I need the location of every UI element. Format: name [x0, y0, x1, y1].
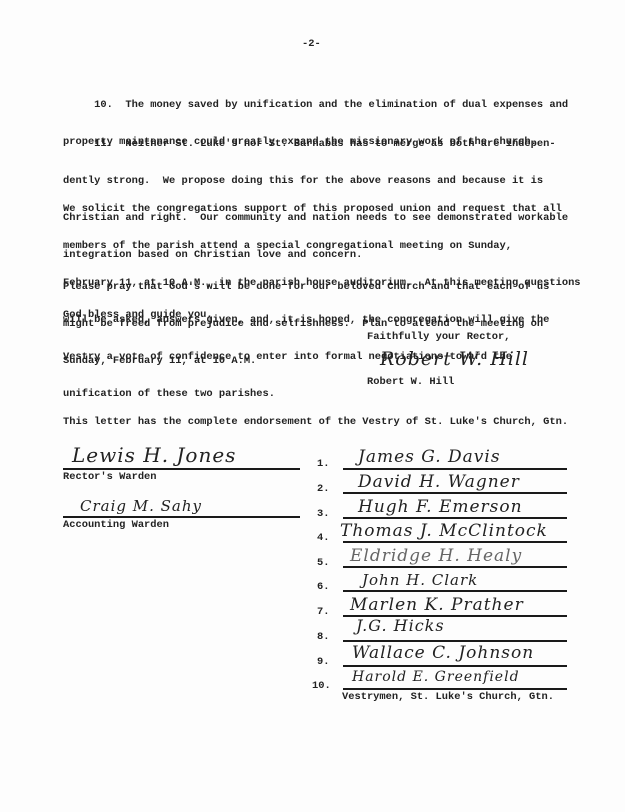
vestryman-number: 10.: [312, 680, 332, 692]
vestryman-number: 3.: [317, 508, 337, 520]
vestryman-number: 4.: [317, 532, 337, 544]
blessing: God bless and guide you.: [63, 309, 213, 321]
rectors-warden-label: Rector's Warden: [63, 471, 157, 483]
vestryman-line: [343, 590, 567, 592]
rector-signature: Robert W. Hill: [380, 348, 529, 370]
vestryman-number: 9.: [317, 656, 337, 668]
vestryman-line: [343, 492, 567, 494]
paragraph-pray: Please pray that God's will be done for …: [63, 257, 549, 392]
vestrymen-caption: Vestrymen, St. Luke's Church, Gtn.: [342, 691, 554, 703]
vestryman-signature: J.G. Hicks: [356, 616, 445, 635]
rectors-warden-line: [63, 468, 300, 470]
vestryman-signature: Hugh F. Emerson: [358, 497, 523, 517]
vestryman-signature: Eldridge H. Healy: [350, 546, 522, 566]
accounting-warden-line: [63, 516, 300, 518]
vestryman-signature: David H. Wagner: [358, 472, 520, 492]
vestryman-line: [343, 517, 567, 519]
accounting-warden-signature: Craig M. Sahy: [80, 497, 202, 515]
rectors-warden-signature: Lewis H. Jones: [72, 443, 236, 467]
vestryman-signature: John H. Clark: [362, 571, 478, 589]
vestryman-signature: Marlen K. Prather: [350, 595, 524, 615]
vestryman-number: 7.: [317, 606, 337, 618]
vestryman-number: 2.: [317, 483, 337, 495]
vestryman-number: 6.: [317, 581, 337, 593]
vestryman-signature: James G. Davis: [358, 447, 501, 467]
vestryman-signature: Wallace C. Johnson: [352, 643, 534, 663]
accounting-warden-label: Accounting Warden: [63, 519, 169, 531]
valediction: Faithfully your Rector,: [367, 331, 510, 343]
vestryman-signature: Harold E. Greenfield: [352, 669, 520, 685]
endorsement-statement: This letter has the complete endorsement…: [63, 416, 568, 428]
rector-typed-name: Robert W. Hill: [367, 376, 454, 388]
vestryman-line: [343, 566, 567, 568]
vestryman-number: 8.: [317, 631, 337, 643]
vestryman-signature: Thomas J. McClintock: [340, 521, 548, 541]
vestryman-line: [343, 640, 567, 642]
page-number: -2-: [302, 38, 321, 50]
letter-page: -2- 10. The money saved by unification a…: [0, 0, 625, 812]
vestryman-number: 5.: [317, 557, 337, 569]
vestryman-line: [343, 688, 567, 690]
vestryman-number: 1.: [317, 458, 337, 470]
vestryman-line: [343, 541, 567, 543]
vestryman-line: [343, 665, 567, 667]
vestryman-line: [343, 468, 567, 470]
